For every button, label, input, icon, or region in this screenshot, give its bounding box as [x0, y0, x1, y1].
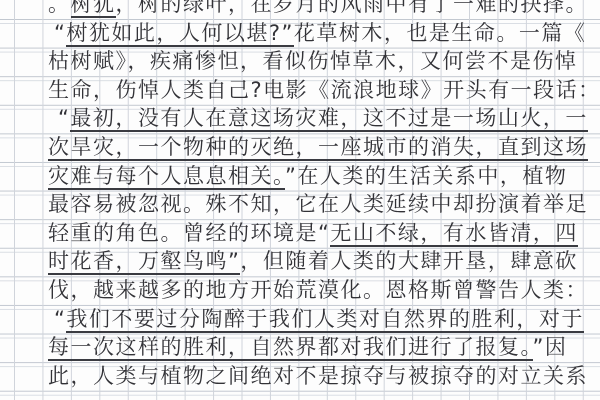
text-line: “我们不要过分陶醉于我们人类对自然界的胜利，对于: [0, 305, 600, 334]
text-segment: 轻重的角色。曾经的环境是“: [48, 221, 330, 245]
text-segment: 最容易被忽视。殊不知，它在人类延续中却扮演着举足: [48, 192, 588, 216]
text-segment: “: [58, 106, 70, 130]
underlined-text-segment: 无山不绿，有水皆清，四: [330, 221, 578, 247]
text-line: “树犹如此，人何以堪?”花草树木，也是生命。一篇《: [0, 19, 600, 48]
text-line: 次旱灾，一个物种的灭绝，一座城市的消失，直到这场: [0, 133, 600, 162]
text-line: 伐，越来越多的地方开始荒漠化。恩格斯曾警告人类：: [0, 276, 600, 305]
text-segment: ”在人类的生活关系中，植物: [285, 164, 567, 188]
text-line: “最初，没有人在意这场灾难，这不过是一场山火，一: [0, 104, 600, 133]
underlined-text-segment: 次旱灾，一个物种的灭绝，一座城市的消失，直到这场: [48, 135, 588, 161]
text-segment: ，但随着人类的大肆开垦，肆意砍: [240, 249, 578, 273]
text-line: 枯树赋》，疾痛惨怛，看似伤悼草木，又何尝不是伤悼: [0, 47, 600, 76]
text-line: 每一次这样的胜利，自然界都对我们进行了报复。”因: [0, 333, 600, 362]
text-line: 生命，伤悼人类自己?电影《流浪地球》开头有一段话：: [0, 76, 600, 105]
underlined-text-segment: 时花香，万壑鸟鸣”: [48, 249, 240, 275]
text-segment: ，树的绿叶，在岁月的风雨中有了一难的抉择。: [116, 0, 589, 16]
text-segment: 生命，伤悼人类自己?电影《流浪地球》开头有一段话：: [48, 78, 600, 102]
underlined-text-segment: 树犹如此，人何以堪?”: [66, 21, 294, 47]
essay-text-block: 。树犹，树的绿叶，在岁月的风雨中有了一难的抉择。“树犹如此，人何以堪?”花草树木…: [0, 0, 600, 390]
underlined-text-segment: 树犹: [71, 0, 116, 18]
text-segment: “: [54, 21, 66, 45]
underlined-text-segment: 我们不要过分陶醉于我们人类对自然界的胜利，对于: [66, 307, 584, 333]
text-segment: 此，人类与植物之间绝对不是掠夺与被掠夺的对立关系: [48, 364, 588, 388]
essay-page-screenshot: 。树犹，树的绿叶，在岁月的风雨中有了一难的抉择。“树犹如此，人何以堪?”花草树木…: [0, 0, 600, 400]
text-line: 轻重的角色。曾经的环境是“无山不绿，有水皆清，四: [0, 219, 600, 248]
text-line: 此，人类与植物之间绝对不是掠夺与被掠夺的对立关系: [0, 362, 600, 391]
text-segment: 枯树赋》，疾痛惨怛，看似伤悼草木，又何尝不是伤悼: [48, 49, 578, 73]
underlined-text-segment: 每一次这样的胜利，自然界都对我们进行了报复。: [48, 335, 533, 361]
text-line-clipped: 。树犹，树的绿叶，在岁月的风雨中有了一难的抉择。: [0, 0, 600, 19]
text-segment: “: [54, 307, 66, 331]
text-segment: 伐，越来越多的地方开始荒漠化。恩格斯曾警告人类：: [48, 278, 588, 302]
text-segment: 。: [48, 0, 71, 16]
text-segment: ”因: [533, 335, 568, 359]
underlined-text-segment: 灾难与每个人息息相关。: [48, 164, 285, 190]
text-line: 最容易被忽视。殊不知，它在人类延续中却扮演着举足: [0, 190, 600, 219]
text-line: 灾难与每个人息息相关。”在人类的生活关系中，植物: [0, 162, 600, 191]
text-line: 时花香，万壑鸟鸣”，但随着人类的大肆开垦，肆意砍: [0, 247, 600, 276]
underlined-text-segment: 最初，没有人在意这场灾难，这不过是一场山火，一: [70, 106, 588, 132]
text-segment: 花草树木，也是生命。一篇《: [294, 21, 587, 45]
